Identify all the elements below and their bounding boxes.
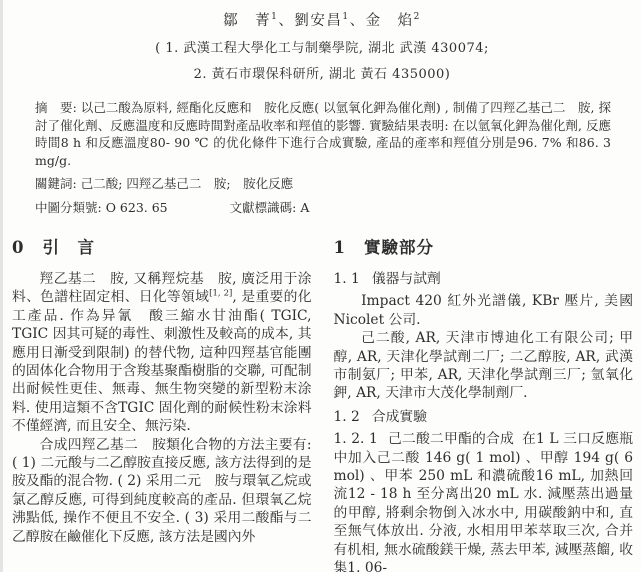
- author-3-name: 金 焰: [366, 13, 414, 29]
- subsection-1-2-1-title: 己二酸二甲酯的合成: [388, 431, 514, 447]
- doc-code: 文獻標識碼: A: [230, 200, 310, 215]
- subsection-1-1-heading: 1. 1儀器与試劑: [334, 270, 634, 288]
- clc-value: O 623. 65: [106, 200, 168, 215]
- intro-paragraph-2: 合成四羥乙基二 胺類化合物的方法主要有: ( 1) 二元酸与二乙醇胺直接反應, …: [12, 436, 312, 546]
- paper-page: 鄒 菁1、劉安昌1、金 焰2 ( 1. 武漢工程大學化工与制藥學院, 湖北 武漢…: [0, 0, 641, 572]
- affiliation-line-2: 2. 黃石市環保科研所, 湖北 黃石 435000): [3, 63, 641, 82]
- author-2-name: 劉安昌: [294, 13, 342, 29]
- subsection-1-2-1-number: 1. 2. 1: [334, 431, 378, 447]
- instruments-paragraph: Impact 420 紅外光譜儀, KBr 壓片, 美國 Nicolet 公司.: [334, 292, 634, 329]
- doc-code-value: A: [300, 200, 309, 215]
- left-column: 0引 言 羥乙基二 胺, 又稱羥烷基 胺, 廣泛用于涂料、色譜柱固定相、日化等領…: [12, 230, 312, 572]
- author-1: 鄒 菁1: [223, 13, 278, 29]
- subsection-1-2-number: 1. 2: [334, 409, 360, 425]
- section-0-number: 0: [12, 238, 24, 257]
- keywords: 關鍵詞: 己二酸; 四羥乙基己二 胺; 胺化反應: [35, 175, 611, 193]
- intro-paragraph-1-cont: , 是重要的化工產品. 作為异氰 酸三縮水甘油酯( TGIC, TGIC 因其可…: [12, 289, 312, 434]
- keywords-text: 己二酸; 四羥乙基己二 胺; 胺化反應: [81, 176, 293, 191]
- subsection-1-2-title: 合成實驗: [372, 409, 427, 425]
- synthesis-paragraph: 1. 2. 1己二酸二甲酯的合成在1 L 三口反應瓶中加入己二酸 146 g( …: [334, 430, 634, 572]
- abstract: 摘 要: 以己二酸為原料, 經酯化反應和 胺化反應( 以氫氧化鉀為催化劑) , …: [35, 99, 611, 169]
- section-1-title: 實驗部分: [364, 238, 434, 257]
- author-separator: 、: [278, 13, 294, 29]
- author-1-name: 鄒 菁: [223, 13, 271, 29]
- author-line: 鄒 菁1、劉安昌1、金 焰2: [3, 9, 641, 30]
- subsection-1-2-heading: 1. 2合成實驗: [334, 408, 634, 426]
- classification-line: 中圖分類號: O 623. 65文獻標識碼: A: [35, 199, 611, 217]
- intro-paragraph-1: 羥乙基二 胺, 又稱羥烷基 胺, 廣泛用于涂料、色譜柱固定相、日化等領域[1, …: [12, 270, 312, 436]
- section-1-number: 1: [334, 238, 346, 257]
- right-column: 1實驗部分 1. 1儀器与試劑 Impact 420 紅外光譜儀, KBr 壓片…: [334, 230, 634, 572]
- affiliation-line-1: ( 1. 武漢工程大學化工与制藥學院, 湖北 武漢 430074;: [3, 37, 641, 56]
- subsection-1-1-number: 1. 1: [334, 271, 360, 287]
- author-2-affil-sup: 1: [342, 12, 349, 22]
- paper-meta: 摘 要: 以己二酸為原料, 經酯化反應和 胺化反應( 以氫氧化鉀為催化劑) , …: [3, 99, 641, 217]
- section-0-title: 引 言: [42, 238, 95, 257]
- author-3: 金 焰2: [366, 13, 421, 29]
- section-1-heading: 1實驗部分: [334, 239, 634, 257]
- reagents-paragraph: 己二酸, AR, 天津市博迪化工有限公司; 甲醇, AR, 天津化學試劑二厂; …: [334, 329, 634, 403]
- synthesis-paragraph-text: 在1 L 三口反應瓶中加入己二酸 146 g( 1 mol) 、甲醇 194 g…: [334, 431, 634, 572]
- keywords-label: 關鍵詞:: [35, 176, 77, 191]
- citation-ref: [1, 2]: [209, 289, 232, 299]
- two-column-body: 0引 言 羥乙基二 胺, 又稱羥烷基 胺, 廣泛用于涂料、色譜柱固定相、日化等領…: [3, 230, 641, 572]
- subsection-1-1-title: 儀器与試劑: [372, 271, 441, 287]
- abstract-text: 以己二酸為原料, 經酯化反應和 胺化反應( 以氫氧化鉀為催化劑) , 制備了四羥…: [35, 100, 611, 168]
- doc-code-label: 文獻標識碼:: [230, 200, 297, 215]
- clc-label: 中圖分類號:: [35, 200, 102, 215]
- abstract-label: 摘 要:: [35, 100, 77, 115]
- section-0-heading: 0引 言: [12, 239, 312, 257]
- author-3-affil-sup: 2: [414, 12, 421, 22]
- author-separator: 、: [350, 13, 366, 29]
- paper-header: 鄒 菁1、劉安昌1、金 焰2 ( 1. 武漢工程大學化工与制藥學院, 湖北 武漢…: [3, 0, 641, 82]
- author-2: 劉安昌1: [294, 13, 349, 29]
